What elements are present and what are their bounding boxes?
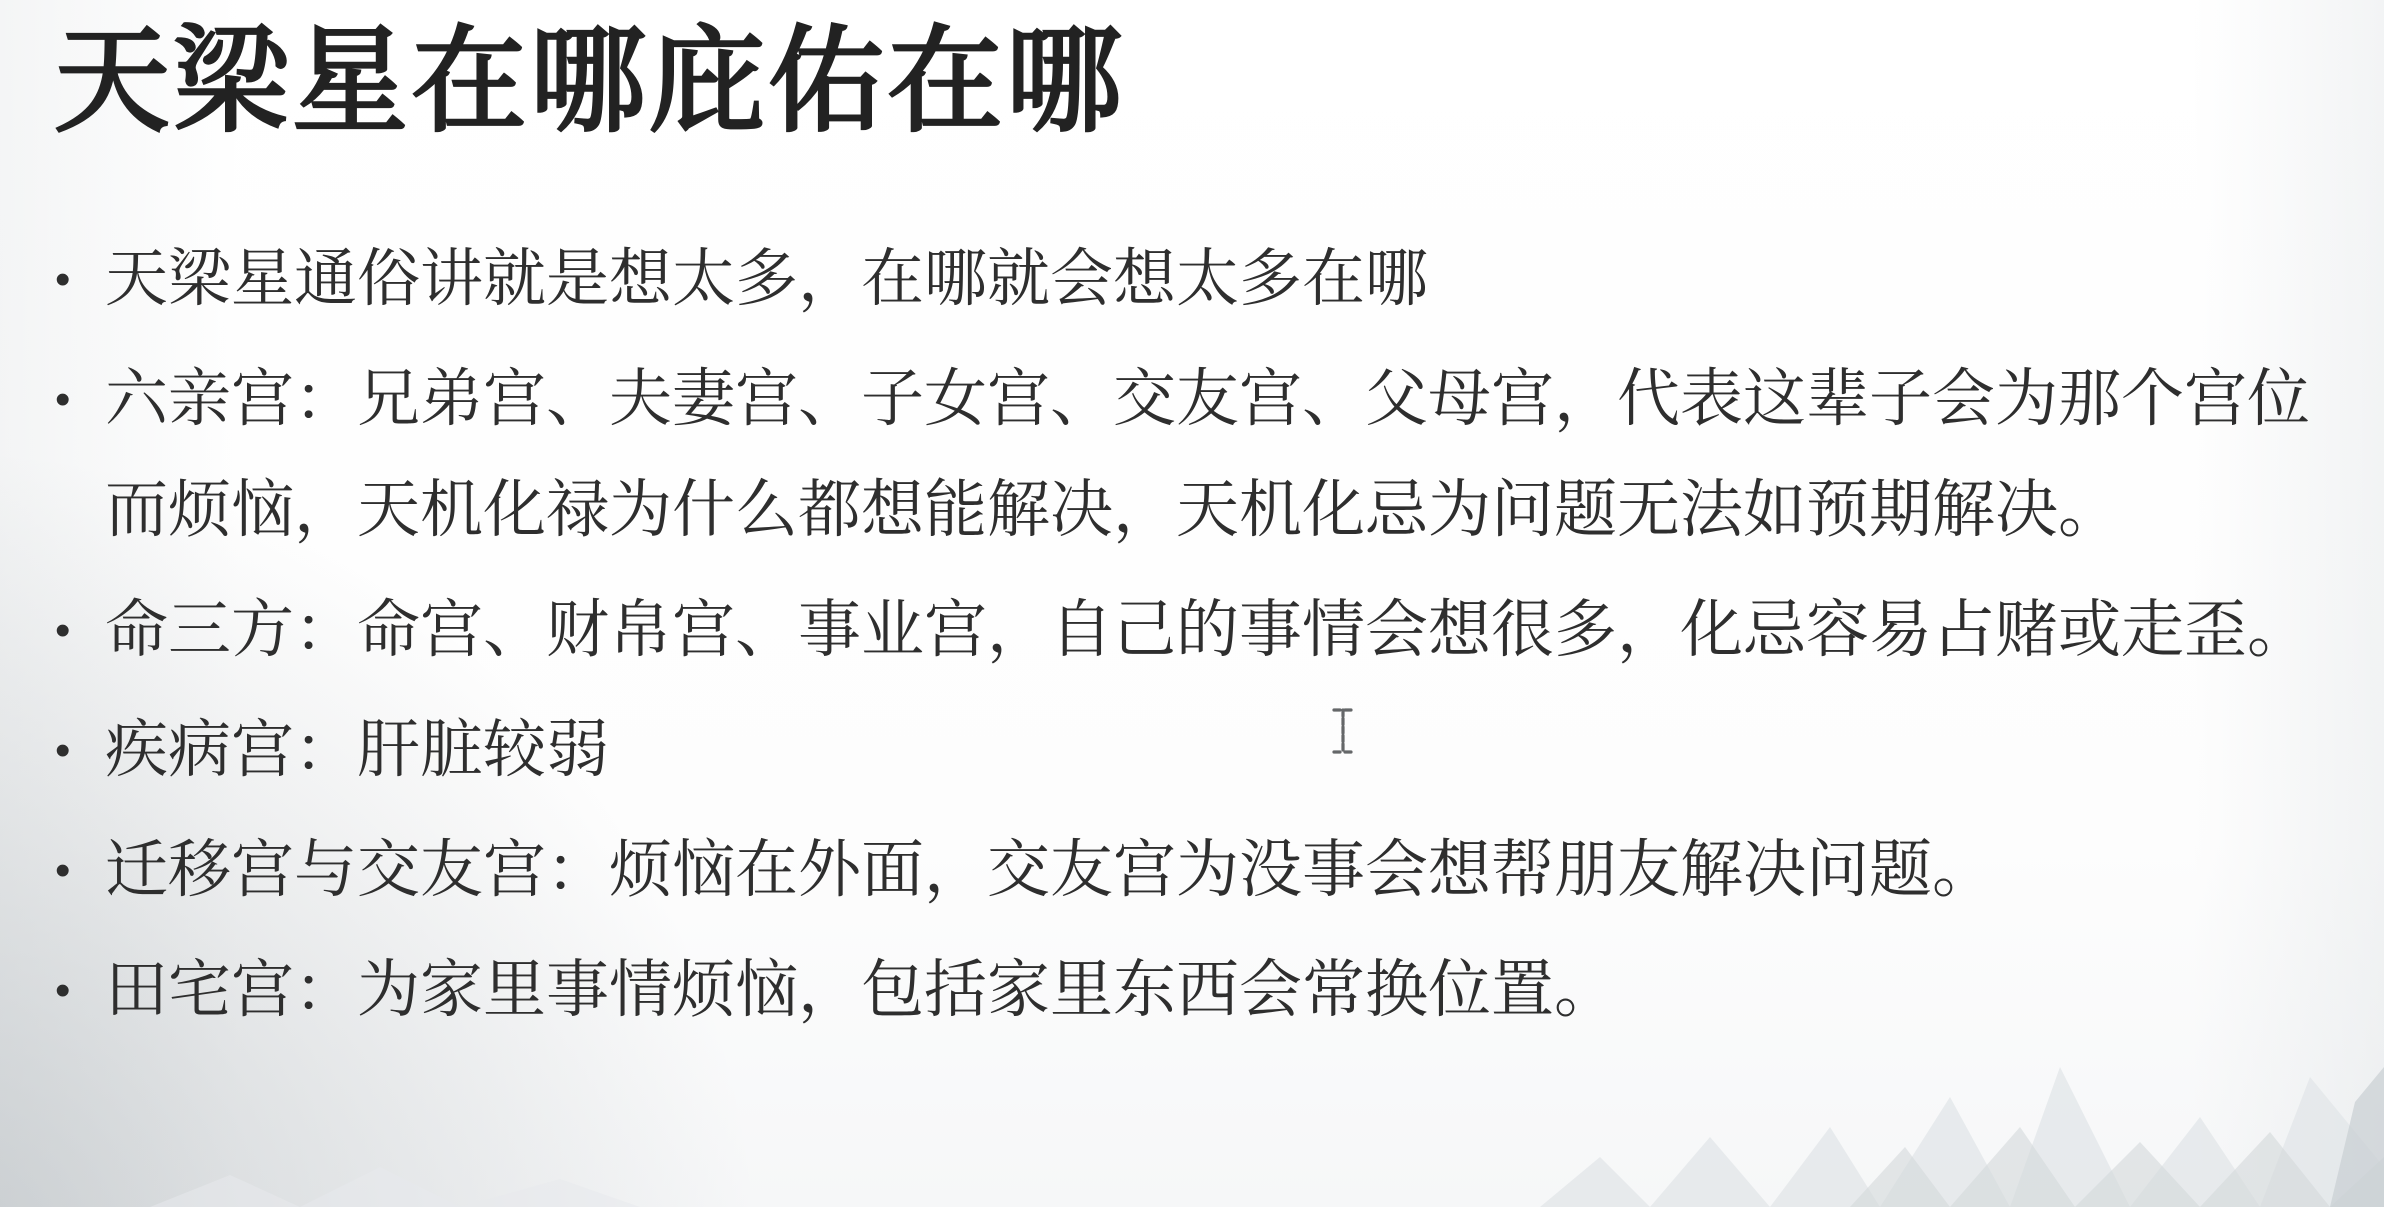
bullet-text-5: 迁移宫与交友宫：烦恼在外面，交友宫为没事会想帮朋友解决问题。 [105, 815, 2345, 926]
bullet-item-3: • 命三方：命宫、财帛宫、事业宫，自己的事情会想很多，化忌容易占赌或走歪。 [55, 575, 2345, 686]
bullet-text-2: 六亲宫：兄弟宫、夫妻宫、子女宫、交友宫、父母宫，代表这辈子会为那个宫位而烦恼，天… [105, 344, 2345, 566]
bullet-text-6: 田宅宫：为家里事情烦恼，包括家里东西会常换位置。 [105, 935, 2345, 1046]
slide-title: 天梁星在哪庇佑在哪 [54, 6, 1125, 157]
bullet-marker-icon: • [55, 224, 105, 335]
bullet-marker-icon: • [55, 695, 105, 806]
bullet-marker-icon: • [55, 575, 105, 686]
bullet-marker-icon: • [55, 815, 105, 926]
bullet-item-2: • 六亲宫：兄弟宫、夫妻宫、子女宫、交友宫、父母宫，代表这辈子会为那个宫位而烦恼… [55, 344, 2345, 566]
bullet-marker-icon: • [55, 935, 105, 1046]
bullet-item-6: • 田宅宫：为家里事情烦恼，包括家里东西会常换位置。 [55, 935, 2345, 1046]
bullet-text-3: 命三方：命宫、财帛宫、事业宫，自己的事情会想很多，化忌容易占赌或走歪。 [105, 575, 2345, 686]
bullet-text-4: 疾病宫：肝脏较弱 [105, 695, 2345, 806]
bullet-item-1: • 天梁星通俗讲就是想太多，在哪就会想太多在哪 [55, 224, 2345, 335]
bullet-marker-icon: • [55, 344, 105, 455]
bullet-text-1: 天梁星通俗讲就是想太多，在哪就会想太多在哪 [105, 224, 2345, 335]
bullet-list: • 天梁星通俗讲就是想太多，在哪就会想太多在哪 • 六亲宫：兄弟宫、夫妻宫、子女… [55, 224, 2345, 1055]
presentation-slide: 天梁星在哪庇佑在哪 • 天梁星通俗讲就是想太多，在哪就会想太多在哪 • 六亲宫：… [0, 0, 2384, 1207]
bullet-item-5: • 迁移宫与交友宫：烦恼在外面，交友宫为没事会想帮朋友解决问题。 [55, 815, 2345, 926]
bullet-item-4: • 疾病宫：肝脏较弱 [55, 695, 2345, 806]
